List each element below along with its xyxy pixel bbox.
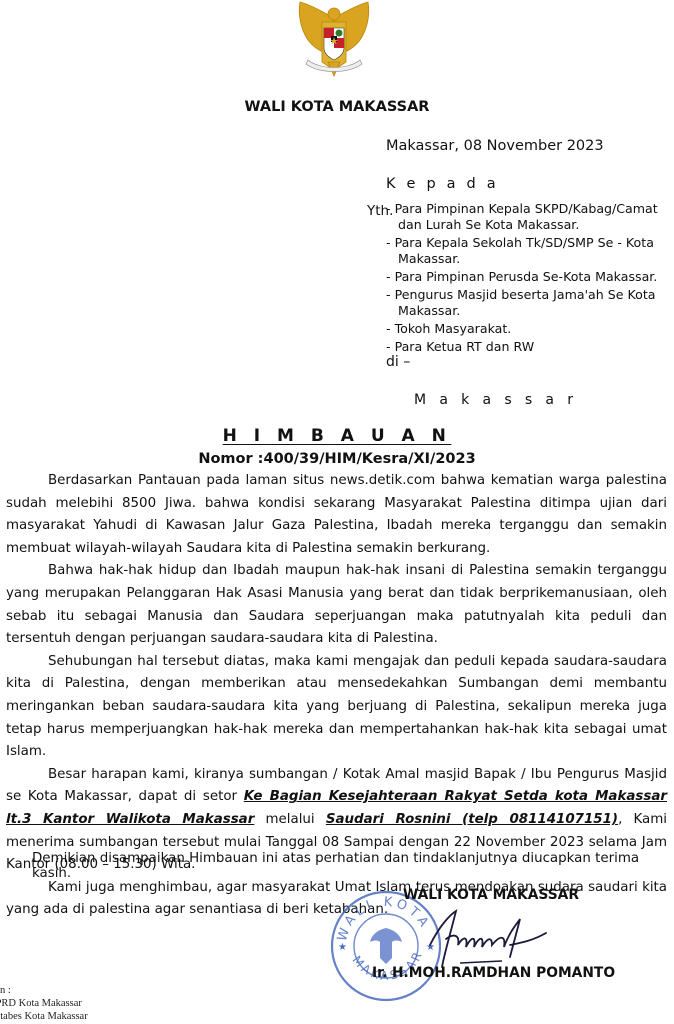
recipient-list: Para Pimpinan Kepala SKPD/Kabag/Camat da… (386, 201, 674, 357)
header-title: WALI KOTA MAKASSAR (0, 99, 674, 115)
to-label: K e p a d a (386, 176, 499, 192)
header-title-text: WALI KOTA MAKASSAR (245, 99, 430, 115)
list-item: Para Pimpinan Perusda Se-Kota Makassar. (386, 269, 674, 285)
paragraph-text: melalui (254, 812, 326, 827)
garuda-emblem-icon (290, 0, 378, 86)
cc-line: restabes Kota Makassar (0, 1010, 88, 1023)
cc-line: n : (0, 984, 88, 997)
list-item: Pengurus Masjid beserta Jama'ah Se Kota … (386, 287, 674, 319)
closing-text: Demikian disampaikan Himbauan ini atas p… (32, 851, 674, 881)
notice-number: Nomor :400/39/HIM/Kesra/XI/2023 (0, 451, 674, 467)
di-label: di – (386, 354, 410, 370)
list-item: Para Ketua RT dan RW (386, 339, 674, 355)
cc-line: DPRD Kota Makassar (0, 997, 88, 1010)
list-item: Para Kepala Sekolah Tk/SD/SMP Se - Kota … (386, 235, 674, 267)
svg-text:★: ★ (338, 942, 347, 953)
paragraph: Bahwa hak-hak hidup dan Ibadah maupun ha… (6, 560, 667, 650)
list-item: Tokoh Masyarakat. (386, 321, 674, 337)
paragraph: Berdasarkan Pantauan pada laman situs ne… (6, 470, 667, 560)
destination: M a k a s s a r (414, 392, 577, 408)
signatory-name: Ir. H.MOH.RAMDHAN POMANTO (372, 965, 615, 981)
signatory-title: WALI KOTA MAKASSAR (403, 887, 579, 903)
place-date: Makassar, 08 November 2023 (386, 138, 604, 154)
carbon-copy-list: n : DPRD Kota Makassar restabes Kota Mak… (0, 984, 88, 1023)
notice-title: H I M B A U A N (0, 426, 674, 446)
paragraph: Sehubungan hal tersebut diatas, maka kam… (6, 651, 667, 764)
contact-person: Saudari Rosnini (telp 08114107151) (326, 812, 618, 827)
list-item: Para Pimpinan Kepala SKPD/Kabag/Camat da… (386, 201, 674, 233)
